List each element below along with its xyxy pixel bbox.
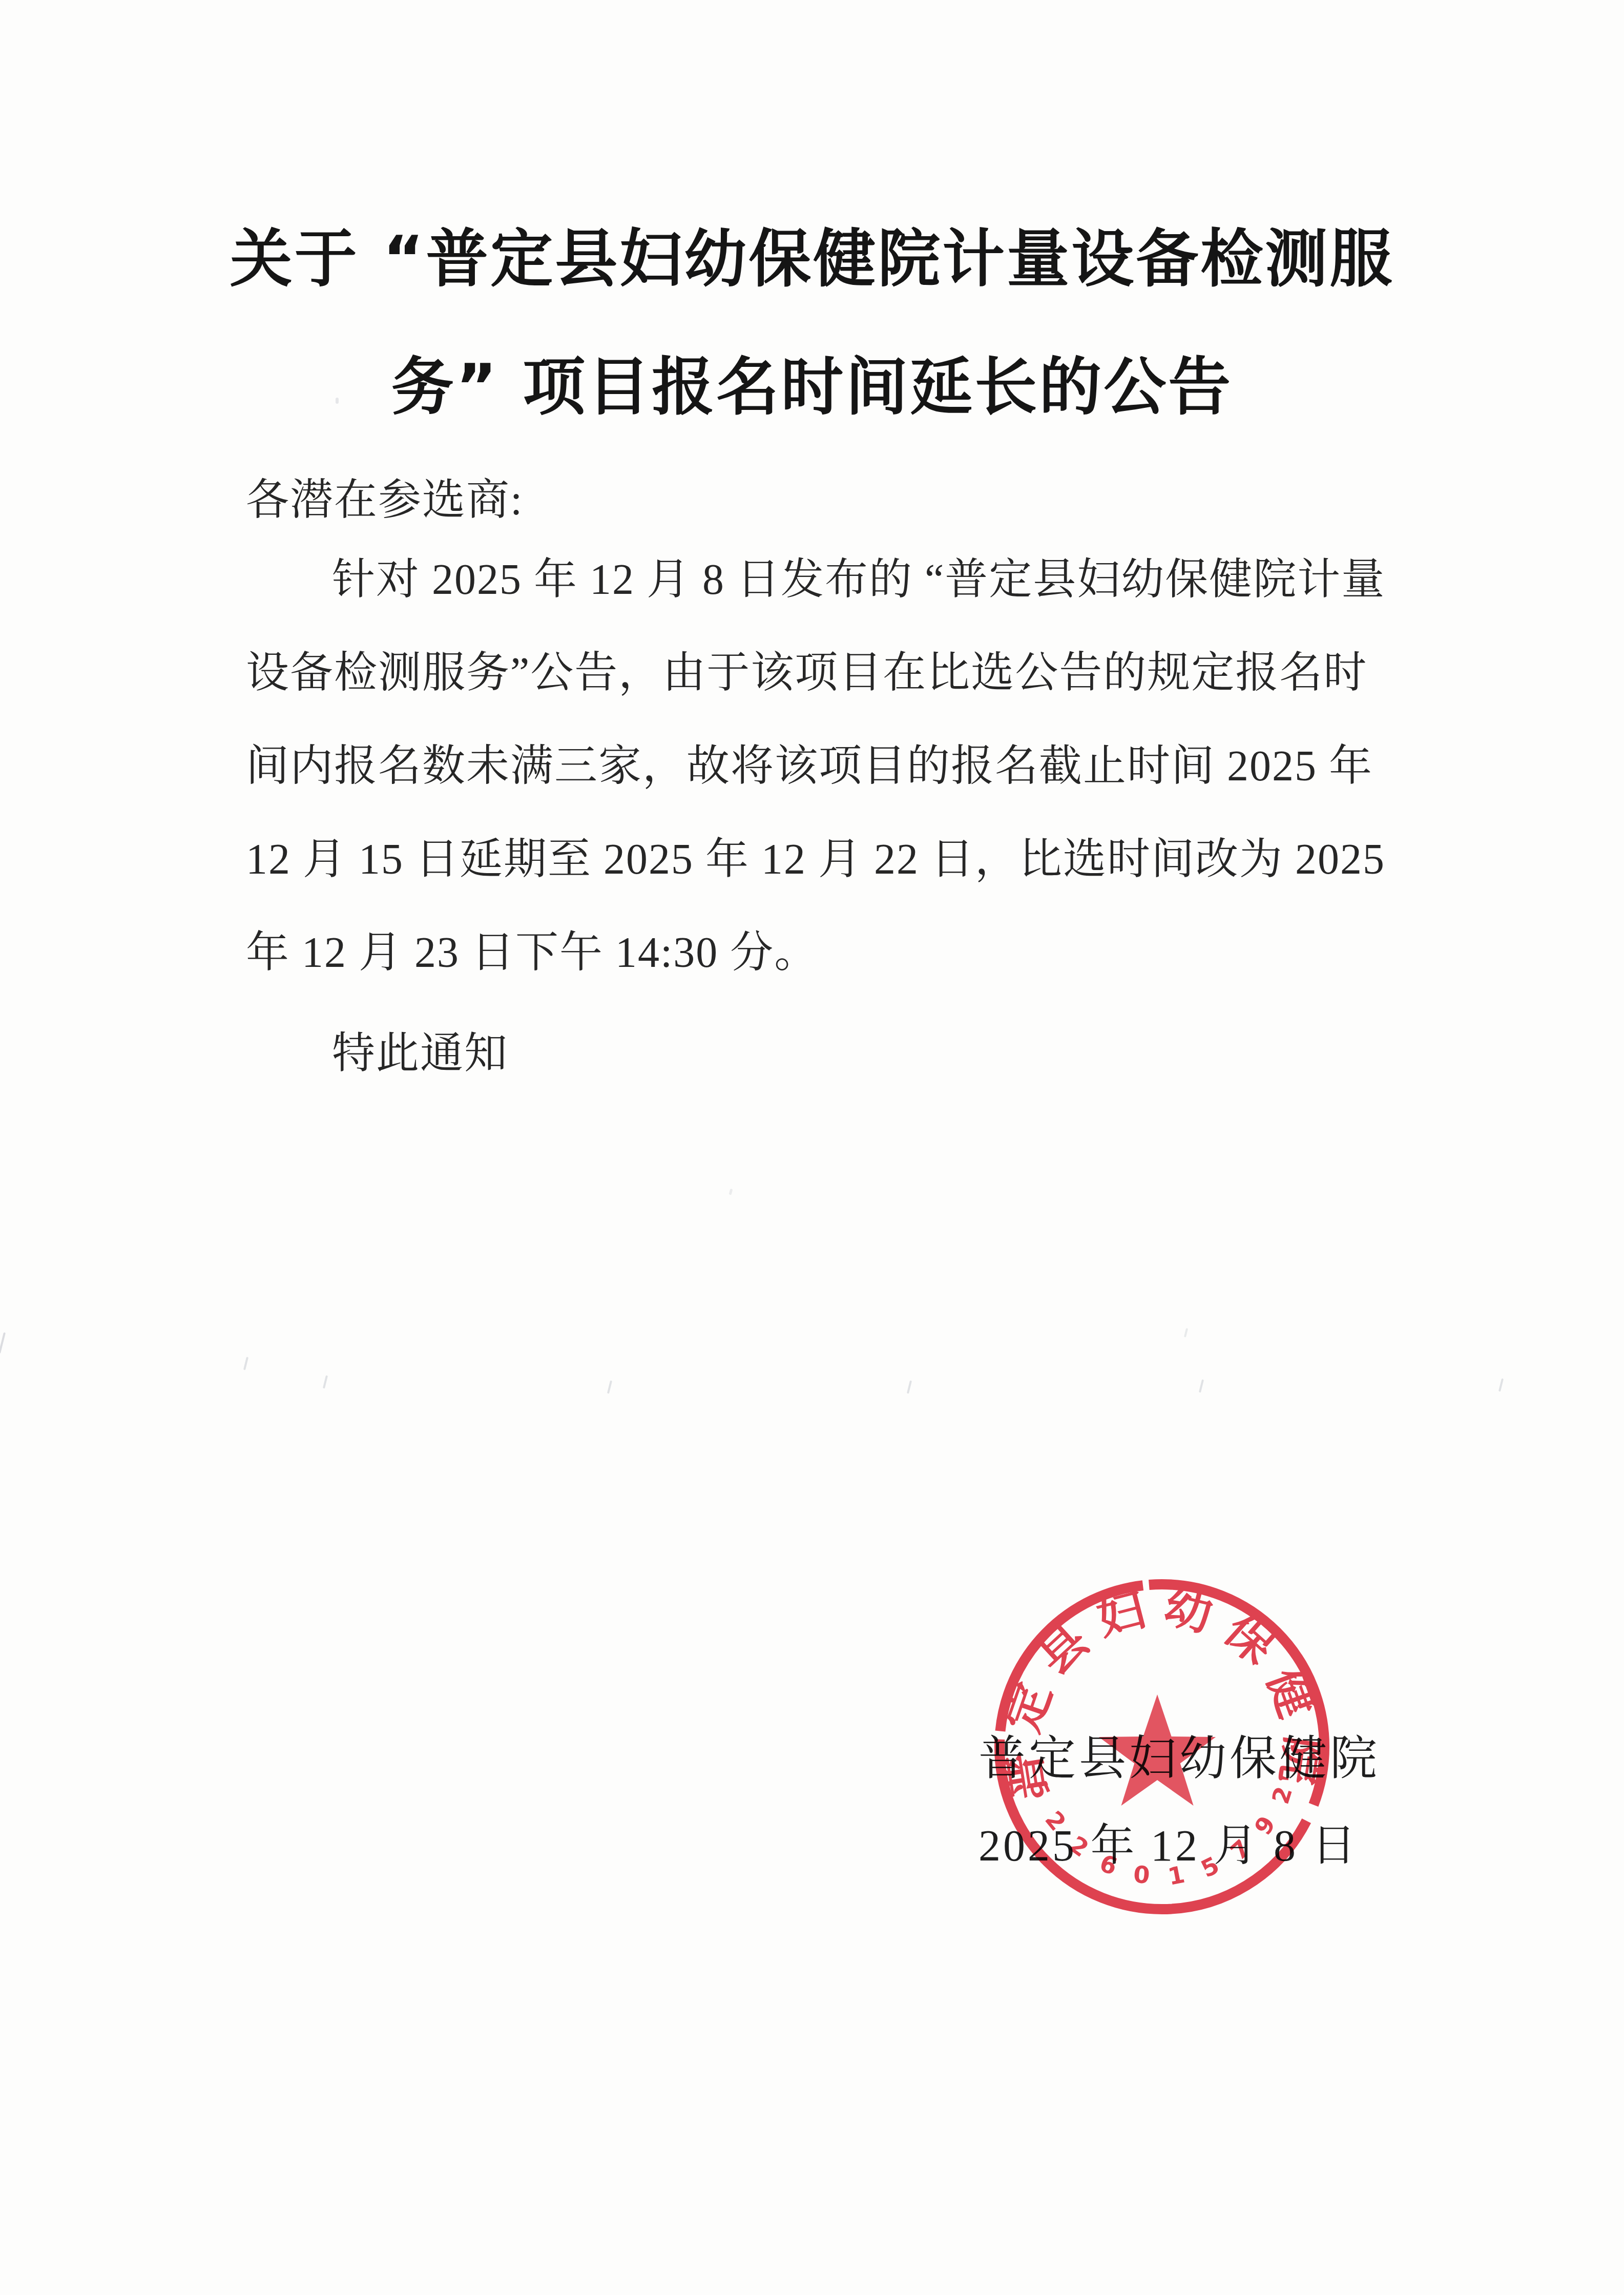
closing-phrase: 特此通知	[246, 1031, 1490, 1077]
paragraph-line: 设备检测服务”公告，由于该项目在比选公告的规定报名时	[246, 651, 1404, 696]
paragraph-line: 间内报名数未满三家，故将该项目的报名截止时间 2025 年	[246, 744, 1404, 789]
scan-artifact	[607, 1380, 612, 1394]
scan-artifact	[1199, 1379, 1204, 1393]
paragraph-line: 12 月 15 日延期至 2025 年 12 月 22 日，比选时间改为 202…	[246, 837, 1404, 882]
scan-artifact	[243, 1357, 248, 1370]
scan-artifact	[336, 398, 339, 404]
document-page: 关于 “普定县妇幼保健院计量设备检测服 务” 项目报名时间延长的公告 各潜在参选…	[0, 0, 1624, 2295]
document-title-line1: 关于 “普定县妇幼保健院计量设备检测服	[0, 223, 1624, 295]
scan-artifact	[907, 1380, 912, 1394]
official-seal: 普定县妇幼保健院 5226015792	[983, 1567, 1341, 1926]
scan-artifact	[0, 1332, 6, 1354]
scan-artifact	[1498, 1378, 1504, 1392]
scan-artifact	[729, 1189, 733, 1195]
paragraph-line: 针对 2025 年 12 月 8 日发布的 “普定县妇幼保健院计量	[246, 557, 1490, 603]
scan-artifact	[1184, 1328, 1188, 1337]
scan-artifact	[323, 1375, 328, 1389]
paragraph-line: 年 12 月 23 日下午 14:30 分。	[246, 931, 1404, 976]
salutation: 各潜在参选商:	[246, 478, 1404, 523]
seal-star-icon	[1099, 1694, 1216, 1806]
document-title-line2: 务” 项目报名时间延长的公告	[0, 351, 1624, 423]
